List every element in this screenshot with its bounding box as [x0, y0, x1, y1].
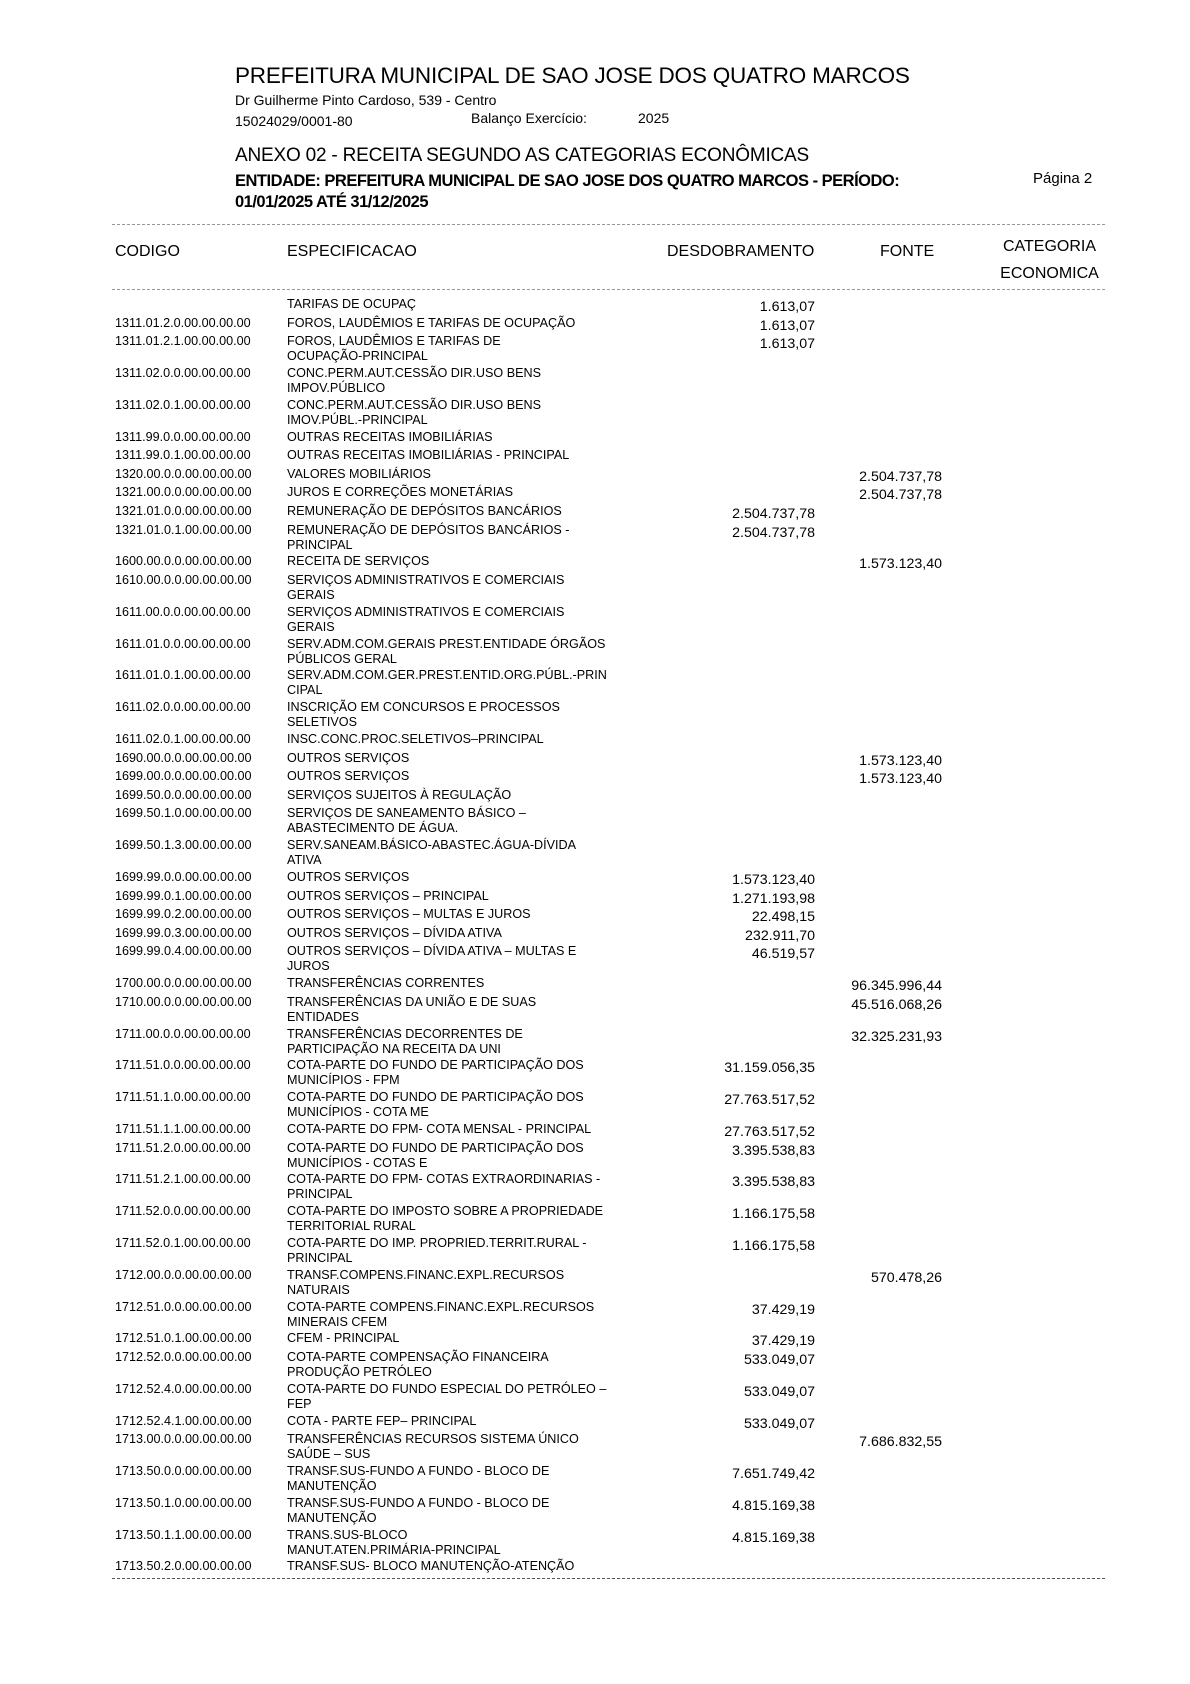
- row-especificacao: TRANS.SUS-BLOCO MANUT.ATEN.PRIMÁRIA-PRIN…: [287, 1528, 657, 1558]
- row-especificacao: TRANSFERÊNCIAS RECURSOS SISTEMA ÚNICO SA…: [287, 1432, 657, 1462]
- row-especificacao: SERV.SANEAM.BÁSICO-ABASTEC.ÁGUA-DÍVIDA A…: [287, 838, 657, 868]
- row-code: 1699.99.0.4.00.00.00.00: [115, 944, 252, 958]
- row-code: 1321.01.0.0.00.00.00.00: [115, 504, 252, 518]
- row-especificacao: CFEM - PRINCIPAL: [287, 1331, 657, 1346]
- row-code: 1321.01.0.1.00.00.00.00: [115, 523, 252, 537]
- row-especificacao: TARIFAS DE OCUPAÇ: [287, 297, 657, 312]
- row-especificacao: INSCRIÇÃO EM CONCURSOS E PROCESSOS SELET…: [287, 700, 657, 730]
- row-code: 1712.51.0.1.00.00.00.00: [115, 1331, 252, 1345]
- row-desdobramento: 1.271.193,98: [732, 891, 815, 907]
- row-desdobramento: 232.911,70: [745, 928, 815, 944]
- row-especificacao: JUROS E CORREÇÕES MONETÁRIAS: [287, 485, 657, 500]
- row-code: 1712.51.0.0.00.00.00.00: [115, 1300, 252, 1314]
- row-code: 1611.00.0.0.00.00.00.00: [115, 605, 251, 619]
- row-fonte: 2.504.737,78: [859, 487, 942, 503]
- row-desdobramento: 27.763.517,52: [724, 1124, 815, 1140]
- row-desdobramento: 533.049,07: [744, 1416, 815, 1432]
- row-code: 1713.50.1.0.00.00.00.00: [115, 1496, 252, 1510]
- row-desdobramento: 1.166.175,58: [732, 1238, 815, 1254]
- row-especificacao: TRANSFERÊNCIAS DECORRENTES DE PARTICIPAÇ…: [287, 1027, 657, 1057]
- row-code: 1699.00.0.0.00.00.00.00: [115, 769, 252, 783]
- row-fonte: 2.504.737,78: [859, 469, 942, 485]
- row-especificacao: COTA-PARTE COMPENS.FINANC.EXPL.RECURSOS …: [287, 1300, 657, 1330]
- row-especificacao: OUTROS SERVIÇOS: [287, 870, 657, 885]
- row-especificacao: OUTROS SERVIÇOS: [287, 751, 657, 766]
- row-fonte: 1.573.123,40: [859, 556, 942, 572]
- row-desdobramento: 37.429,19: [752, 1302, 815, 1318]
- row-code: 1712.52.0.0.00.00.00.00: [115, 1350, 252, 1364]
- row-code: 1699.99.0.1.00.00.00.00: [115, 889, 252, 903]
- row-code: 1699.50.0.0.00.00.00.00: [115, 788, 252, 802]
- row-code: 1713.50.0.0.00.00.00.00: [115, 1464, 252, 1478]
- row-especificacao: TRANSF.COMPENS.FINANC.EXPL.RECURSOS NATU…: [287, 1268, 657, 1298]
- row-especificacao: TRANSF.SUS-FUNDO A FUNDO - BLOCO DE MANU…: [287, 1496, 657, 1526]
- row-especificacao: COTA-PARTE DO FPM- COTAS EXTRAORDINARIAS…: [287, 1172, 657, 1202]
- row-fonte: 1.573.123,40: [859, 753, 942, 769]
- row-code: 1711.00.0.0.00.00.00.00: [115, 1027, 251, 1041]
- row-code: 1699.99.0.0.00.00.00.00: [115, 870, 252, 884]
- row-especificacao: OUTRAS RECEITAS IMOBILIÁRIAS: [287, 430, 657, 445]
- row-especificacao: COTA-PARTE COMPENSAÇÃO FINANCEIRA PRODUÇ…: [287, 1350, 657, 1380]
- row-desdobramento: 3.395.538,83: [732, 1143, 815, 1159]
- row-desdobramento: 22.498,15: [752, 909, 815, 925]
- row-especificacao: COTA-PARTE DO IMP. PROPRIED.TERRIT.RURAL…: [287, 1236, 657, 1266]
- row-especificacao: REMUNERAÇÃO DE DEPÓSITOS BANCÁRIOS - PRI…: [287, 523, 657, 553]
- row-code: 1712.52.4.0.00.00.00.00: [115, 1382, 252, 1396]
- row-code: 1712.00.0.0.00.00.00.00: [115, 1268, 252, 1282]
- row-especificacao: SERVIÇOS ADMINISTRATIVOS E COMERCIAIS GE…: [287, 573, 657, 603]
- revenue-table-body: TARIFAS DE OCUPAÇ1.613,071311.01.2.0.00.…: [0, 0, 1190, 1684]
- row-desdobramento: 4.815.169,38: [732, 1530, 815, 1546]
- row-code: 1690.00.0.0.00.00.00.00: [115, 751, 252, 765]
- row-especificacao: COTA - PARTE FEP– PRINCIPAL: [287, 1414, 657, 1429]
- row-fonte: 96.345.996,44: [851, 978, 942, 994]
- row-code: 1611.02.0.0.00.00.00.00: [115, 700, 251, 714]
- row-especificacao: RECEITA DE SERVIÇOS: [287, 554, 657, 569]
- row-fonte: 45.516.068,26: [851, 997, 942, 1013]
- row-desdobramento: 1.573.123,40: [732, 872, 815, 888]
- row-code: 1611.01.0.1.00.00.00.00: [115, 668, 251, 682]
- row-especificacao: REMUNERAÇÃO DE DEPÓSITOS BANCÁRIOS: [287, 504, 657, 519]
- row-especificacao: OUTROS SERVIÇOS – DÍVIDA ATIVA: [287, 926, 657, 941]
- row-code: 1699.99.0.3.00.00.00.00: [115, 926, 252, 940]
- row-desdobramento: 27.763.517,52: [724, 1092, 815, 1108]
- row-code: 1711.51.1.0.00.00.00.00: [115, 1090, 251, 1104]
- row-especificacao: OUTRAS RECEITAS IMOBILIÁRIAS - PRINCIPAL: [287, 448, 657, 463]
- row-desdobramento: 31.159.056,35: [724, 1060, 815, 1076]
- row-code: 1712.52.4.1.00.00.00.00: [115, 1414, 252, 1428]
- row-desdobramento: 1.613,07: [760, 299, 815, 315]
- row-desdobramento: 2.504.737,78: [732, 506, 815, 522]
- row-code: 1711.51.1.1.00.00.00.00: [115, 1122, 251, 1136]
- row-especificacao: FOROS, LAUDÊMIOS E TARIFAS DE OCUPAÇÃO-P…: [287, 334, 657, 364]
- row-code: 1699.99.0.2.00.00.00.00: [115, 907, 252, 921]
- row-code: 1713.50.1.1.00.00.00.00: [115, 1528, 252, 1542]
- row-code: 1610.00.0.0.00.00.00.00: [115, 573, 252, 587]
- row-fonte: 7.686.832,55: [859, 1434, 942, 1450]
- row-desdobramento: 4.815.169,38: [732, 1498, 815, 1514]
- row-especificacao: TRANSF.SUS- BLOCO MANUTENÇÃO-ATENÇÃO: [287, 1559, 657, 1574]
- row-especificacao: FOROS, LAUDÊMIOS E TARIFAS DE OCUPAÇÃO: [287, 316, 657, 331]
- row-code: 1321.00.0.0.00.00.00.00: [115, 485, 252, 499]
- row-especificacao: OUTROS SERVIÇOS – MULTAS E JUROS: [287, 907, 657, 922]
- row-especificacao: CONC.PERM.AUT.CESSÃO DIR.USO BENS IMPOV.…: [287, 366, 657, 396]
- row-especificacao: VALORES MOBILIÁRIOS: [287, 467, 657, 482]
- row-fonte: 32.325.231,93: [851, 1029, 942, 1045]
- row-desdobramento: 46.519,57: [752, 946, 815, 962]
- row-especificacao: COTA-PARTE DO IMPOSTO SOBRE A PROPRIEDAD…: [287, 1204, 657, 1234]
- row-desdobramento: 2.504.737,78: [732, 525, 815, 541]
- row-code: 1710.00.0.0.00.00.00.00: [115, 995, 252, 1009]
- row-especificacao: SERVIÇOS SUJEITOS À REGULAÇÃO: [287, 788, 657, 803]
- row-desdobramento: 3.395.538,83: [732, 1174, 815, 1190]
- row-especificacao: OUTROS SERVIÇOS – DÍVIDA ATIVA – MULTAS …: [287, 944, 657, 974]
- row-code: 1711.52.0.1.00.00.00.00: [115, 1236, 251, 1250]
- row-especificacao: OUTROS SERVIÇOS – PRINCIPAL: [287, 889, 657, 904]
- row-desdobramento: 1.613,07: [760, 318, 815, 334]
- row-especificacao: COTA-PARTE DO FUNDO DE PARTICIPAÇÃO DOS …: [287, 1058, 657, 1088]
- row-especificacao: TRANSF.SUS-FUNDO A FUNDO - BLOCO DE MANU…: [287, 1464, 657, 1494]
- row-especificacao: SERV.ADM.COM.GERAIS PREST.ENTIDADE ÓRGÃO…: [287, 637, 657, 667]
- row-code: 1611.01.0.0.00.00.00.00: [115, 637, 251, 651]
- row-desdobramento: 533.049,07: [744, 1384, 815, 1400]
- row-code: 1711.51.0.0.00.00.00.00: [115, 1058, 251, 1072]
- row-especificacao: SERV.ADM.COM.GER.PREST.ENTID.ORG.PÚBL.-P…: [287, 668, 657, 698]
- row-especificacao: COTA-PARTE DO FPM- COTA MENSAL - PRINCIP…: [287, 1122, 657, 1137]
- row-especificacao: SERVIÇOS DE SANEAMENTO BÁSICO – ABASTECI…: [287, 806, 657, 836]
- row-code: 1311.99.0.0.00.00.00.00: [115, 430, 251, 444]
- row-code: 1711.51.2.1.00.00.00.00: [115, 1172, 251, 1186]
- row-code: 1311.01.2.0.00.00.00.00: [115, 316, 251, 330]
- row-desdobramento: 37.429,19: [752, 1333, 815, 1349]
- row-code: 1311.02.0.1.00.00.00.00: [115, 398, 251, 412]
- row-code: 1699.50.1.3.00.00.00.00: [115, 838, 252, 852]
- row-code: 1700.00.0.0.00.00.00.00: [115, 976, 252, 990]
- row-especificacao: COTA-PARTE DO FUNDO DE PARTICIPAÇÃO DOS …: [287, 1141, 657, 1171]
- row-especificacao: OUTROS SERVIÇOS: [287, 769, 657, 784]
- row-especificacao: TRANSFERÊNCIAS CORRENTES: [287, 976, 657, 991]
- row-code: 1711.52.0.0.00.00.00.00: [115, 1204, 251, 1218]
- row-fonte: 1.573.123,40: [859, 771, 942, 787]
- row-desdobramento: 1.613,07: [760, 336, 815, 352]
- row-code: 1699.50.1.0.00.00.00.00: [115, 806, 252, 820]
- row-especificacao: COTA-PARTE DO FUNDO ESPECIAL DO PETRÓLEO…: [287, 1382, 657, 1412]
- row-fonte: 570.478,26: [871, 1270, 942, 1286]
- row-especificacao: COTA-PARTE DO FUNDO DE PARTICIPAÇÃO DOS …: [287, 1090, 657, 1120]
- row-especificacao: TRANSFERÊNCIAS DA UNIÃO E DE SUAS ENTIDA…: [287, 995, 657, 1025]
- row-especificacao: SERVIÇOS ADMINISTRATIVOS E COMERCIAIS GE…: [287, 605, 657, 635]
- row-code: 1311.02.0.0.00.00.00.00: [115, 366, 251, 380]
- row-code: 1311.99.0.1.00.00.00.00: [115, 448, 251, 462]
- row-desdobramento: 7.651.749,42: [732, 1466, 815, 1482]
- row-code: 1713.50.2.0.00.00.00.00: [115, 1559, 252, 1573]
- row-code: 1713.00.0.0.00.00.00.00: [115, 1432, 252, 1446]
- row-especificacao: INSC.CONC.PROC.SELETIVOS–PRINCIPAL: [287, 732, 657, 747]
- row-desdobramento: 1.166.175,58: [732, 1206, 815, 1222]
- row-code: 1600.00.0.0.00.00.00.00: [115, 554, 252, 568]
- row-code: 1611.02.0.1.00.00.00.00: [115, 732, 251, 746]
- footer-divider: [112, 1578, 1105, 1579]
- row-desdobramento: 533.049,07: [744, 1352, 815, 1368]
- row-code: 1320.00.0.0.00.00.00.00: [115, 467, 252, 481]
- row-especificacao: CONC.PERM.AUT.CESSÃO DIR.USO BENS IMOV.P…: [287, 398, 657, 428]
- row-code: 1711.51.2.0.00.00.00.00: [115, 1141, 251, 1155]
- row-code: 1311.01.2.1.00.00.00.00: [115, 334, 251, 348]
